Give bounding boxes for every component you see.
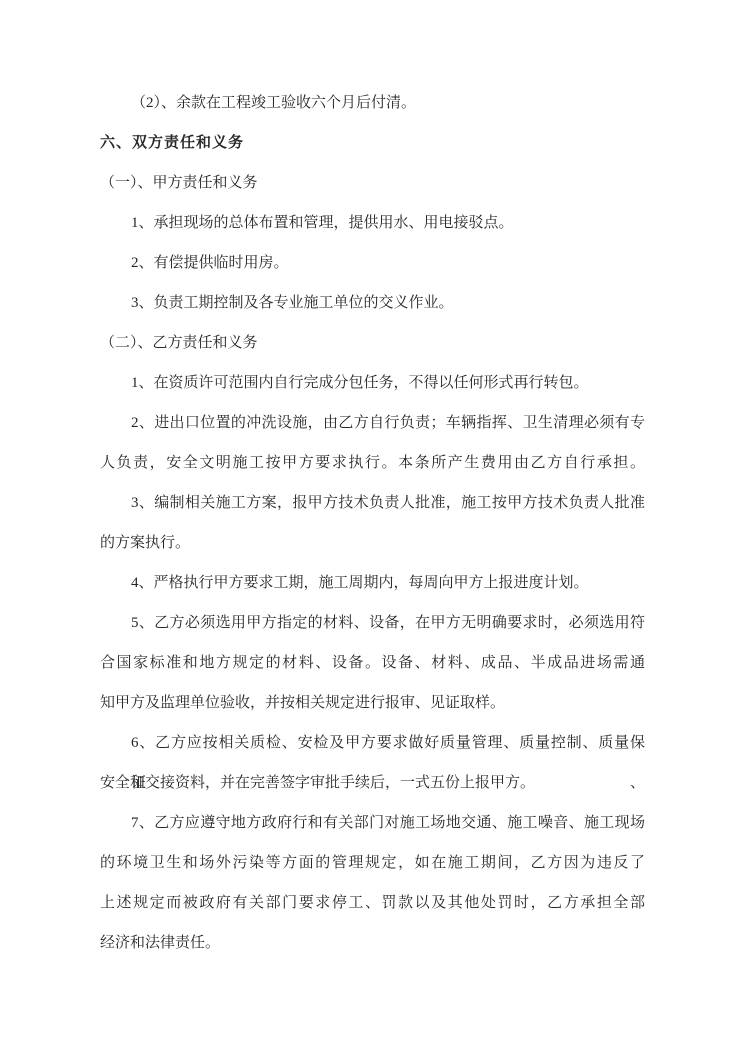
party-b-item-4: 4、严格执行甲方要求工期，施工周期内，每周向甲方上报进度计划。	[100, 563, 645, 603]
party-b-item-7-line-4: 经济和法律责任。	[100, 923, 645, 963]
party-b-duties-heading: （二）、乙方责任和义务	[100, 323, 645, 363]
party-b-item-5-line-1: 5、乙方必须选用甲方指定的材料、设备，在甲方无明确要求时，必须选用符	[100, 603, 645, 643]
party-b-item-5-line-3: 知甲方及监理单位验收，并按相关规定进行报审、见证取样。	[100, 683, 645, 723]
party-b-item-2-line-2: 人负责，安全文明施工按甲方要求执行。本条所产生费用由乙方自行承担。	[100, 443, 645, 483]
payment-clause-line: （2）、余款在工程竣工验收六个月后付清。	[100, 83, 645, 123]
contract-text-body: （2）、余款在工程竣工验收六个月后付清。 六、双方责任和义务 （一）、甲方责任和…	[100, 83, 645, 963]
party-b-item-5-line-2: 合国家标准和地方规定的材料、设备。设备、材料、成品、半成品进场需通	[100, 643, 645, 683]
section-heading-duties: 六、双方责任和义务	[100, 123, 645, 163]
party-b-item-6-line-1: 6、乙方应按相关质检、安检及甲方要求做好质量管理、质量控制、质量保证、	[100, 723, 645, 763]
party-a-duties-heading: （一）、甲方责任和义务	[100, 163, 645, 203]
party-b-item-3-line-1: 3、编制相关施工方案，报甲方技术负责人批准，施工按甲方技术负责人批准	[100, 483, 645, 523]
party-a-item-1: 1、承担现场的总体布置和管理，提供用水、用电接驳点。	[100, 203, 645, 243]
party-b-item-3-line-2: 的方案执行。	[100, 523, 645, 563]
party-a-item-2: 2、有偿提供临时用房。	[100, 243, 645, 283]
party-b-item-7-line-3: 上述规定而被政府有关部门要求停工、罚款以及其他处罚时，乙方承担全部	[100, 883, 645, 923]
party-b-item-7-line-1: 7、乙方应遵守地方政府行和有关部门对施工场地交通、施工噪音、施工现场	[100, 803, 645, 843]
party-b-item-1: 1、在资质许可范围内自行完成分包任务，不得以任何形式再行转包。	[100, 363, 645, 403]
party-b-item-7-line-2: 的环境卫生和场外污染等方面的管理规定，如在施工期间，乙方因为违反了	[100, 843, 645, 883]
party-a-item-3: 3、负责工期控制及各专业施工单位的交义作业。	[100, 283, 645, 323]
party-b-item-2-line-1: 2、进出口位置的冲洗设施，由乙方自行负责；车辆指挥、卫生清理必须有专	[100, 403, 645, 443]
document-page: （2）、余款在工程竣工验收六个月后付清。 六、双方责任和义务 （一）、甲方责任和…	[0, 0, 744, 1052]
